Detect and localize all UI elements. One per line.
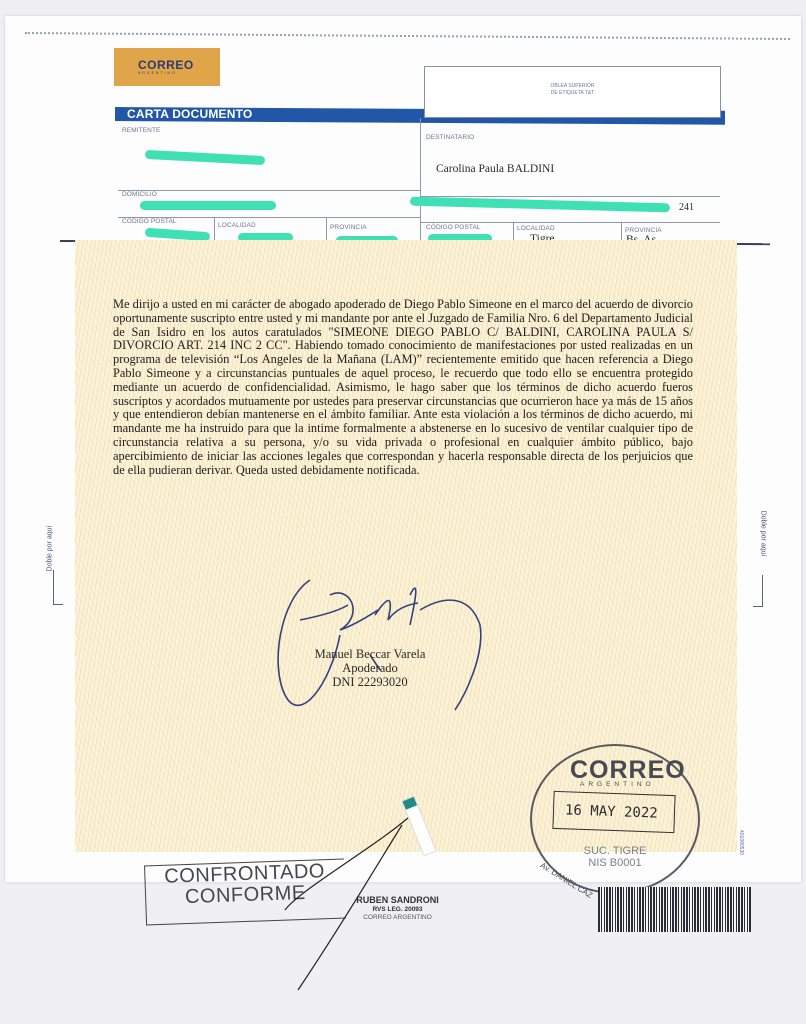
remitente-provincia-label: PROVINCIA [330, 224, 367, 231]
destinatario-cp-label: CÓDIGO POSTAL [426, 224, 481, 231]
fold-bracket-left [53, 570, 63, 605]
confrontado-stamp: CONFRONTADO CONFORME [149, 861, 340, 910]
official-org: CORREO ARGENTINO [340, 914, 455, 922]
column-divider [420, 118, 421, 243]
postmark-branch: SUC. TIGRE NIS B0001 [570, 845, 660, 869]
oblea-line-1: OBLEA SUPERIOR [425, 83, 720, 90]
destinatario-label: DESTINATARIO [426, 134, 474, 141]
tracking-label-text: OBLEA SUPERIOR DE ETIQUETA T&T [425, 83, 720, 97]
signer-block: Manuel Beccar Varela Apoderado DNI 22293… [290, 647, 450, 689]
fold-mark-left: Doble por aquí [46, 526, 53, 572]
pin-cap [403, 797, 417, 810]
remitente-cp-label: CÓDIGO POSTAL [122, 218, 177, 225]
official-stamp: RUBEN SANDRONI RVS LEG. 20093 CORREO ARG… [340, 895, 455, 922]
logo-text: CORREO [138, 59, 220, 71]
official-leg: RVS LEG. 20093 [340, 906, 455, 914]
redacted-sender-address [140, 201, 276, 210]
signer-name: Manuel Beccar Varela [290, 647, 450, 661]
signer-role: Apoderado [290, 661, 450, 675]
tracking-label-box: OBLEA SUPERIOR DE ETIQUETA T&T [424, 66, 721, 118]
correo-argentino-logo: CORREO ARGENTINO [114, 48, 220, 86]
recipient-name: Carolina Paula BALDINI [436, 163, 554, 175]
divider [420, 196, 720, 197]
postmark-branch-name: SUC. TIGRE [570, 845, 660, 857]
oblea-line-2: DE ETIQUETA T&T [425, 90, 720, 97]
form-title: CARTA DOCUMENTO [127, 107, 252, 122]
divider [214, 217, 215, 241]
postmark-nis: NIS B0001 [570, 857, 660, 869]
remitente-label: REMITENTE [122, 127, 160, 134]
postmark-brand-sub: ARGENTINO [580, 781, 655, 788]
destinatario-provincia-label: PROVINCIA [625, 227, 662, 234]
logo-subtext: ARGENTINO [138, 71, 220, 76]
postmark-date: 16 MAY 2022 [565, 802, 658, 821]
serial-number: 401080530 [738, 830, 744, 855]
destinatario-localidad-label: LOCALIDAD [517, 225, 555, 232]
divider [326, 218, 327, 242]
fold-bracket-right [753, 575, 763, 607]
fold-mark-right: Doble por aquí [759, 511, 766, 557]
signer-dni: DNI 22293020 [290, 675, 450, 689]
letter-body: Me dirijo a usted en mi carácter de abog… [113, 298, 693, 477]
divider [420, 222, 720, 223]
divider [118, 190, 420, 191]
barcode [598, 887, 751, 932]
recipient-address-tail: 241 [679, 202, 694, 213]
remitente-localidad-label: LOCALIDAD [218, 222, 256, 229]
domicilio-label: DOMICILIO [122, 191, 157, 198]
official-name: RUBEN SANDRONI [340, 895, 455, 906]
